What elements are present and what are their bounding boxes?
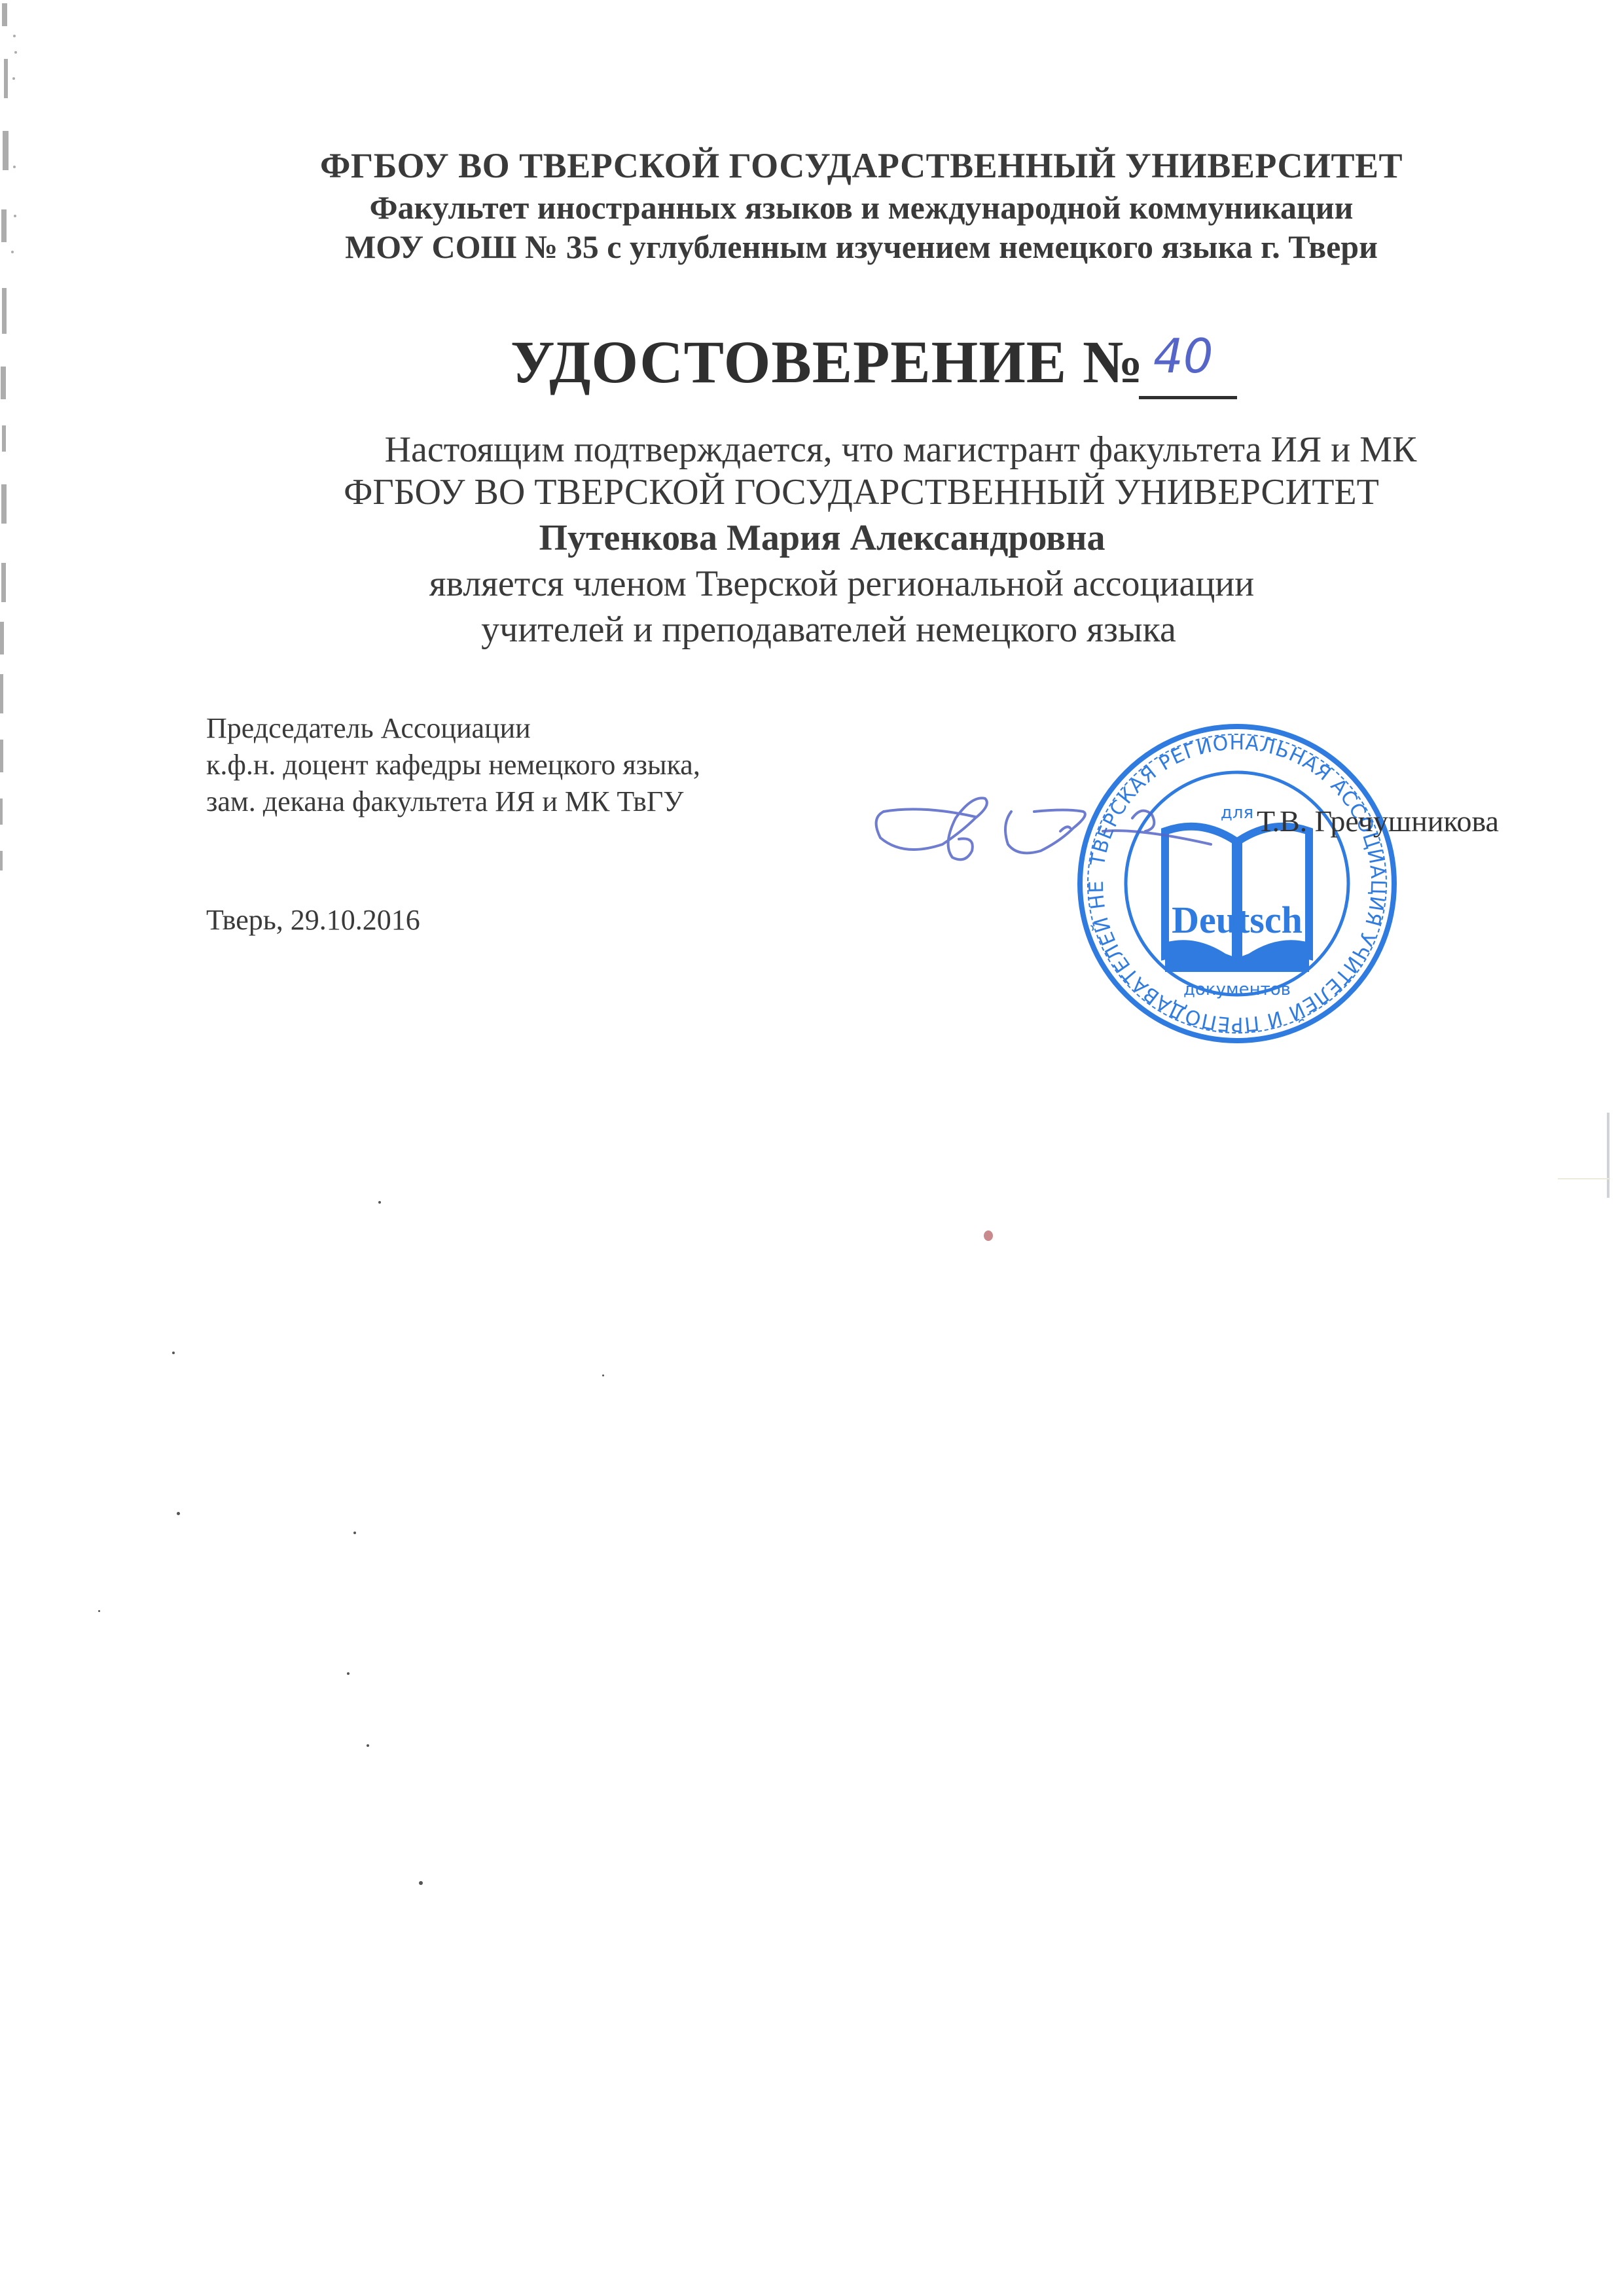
stamp-top-text: для: [1221, 803, 1253, 823]
number-underline: [1139, 396, 1237, 399]
signatory-role: Председатель Ассоциации: [206, 710, 700, 747]
scan-edge-artifact: [0, 0, 26, 1178]
member-name: Путенкова Мария Александровна: [13, 517, 1618, 559]
stamp-bottom-text: документов: [1183, 980, 1291, 999]
place-date: Тверь, 29.10.2016: [206, 903, 420, 937]
signatory-block: Председатель Ассоциации к.ф.н. доцент ка…: [206, 710, 700, 820]
scan-speck: [172, 1352, 175, 1354]
signatory-position-1: к.ф.н. доцент кафедры немецкого языка,: [206, 747, 700, 783]
page-edge-artifact: [1558, 1178, 1610, 1179]
certificate-title: УДОСТОВЕРЕНИЕ №: [511, 327, 1144, 397]
scan-speck: [984, 1230, 993, 1241]
university-name: ФГБОУ ВО ТВЕРСКОЙ ГОСУДАРСТВЕННЫЙ УНИВЕР…: [52, 145, 1618, 186]
body-line-confirmation: Настоящим подтверждается, что магистрант…: [92, 429, 1618, 471]
signer-name: Т.В. Гречушникова: [1257, 804, 1499, 838]
page-edge-artifact: [1607, 1113, 1609, 1198]
scan-speck: [419, 1881, 423, 1885]
certificate-number-field: 40: [1139, 340, 1244, 399]
scan-speck: [367, 1744, 369, 1747]
signatory-position-2: зам. декана факультета ИЯ и МК ТвГУ: [206, 783, 700, 820]
faculty-name: Факультет иностранных языков и междунаро…: [52, 188, 1618, 226]
scan-speck: [347, 1672, 350, 1675]
scan-speck: [177, 1512, 180, 1515]
body-line-membership: является членом Тверской региональной ас…: [33, 563, 1618, 605]
body-line-university: ФГБОУ ВО ТВЕРСКОЙ ГОСУДАРСТВЕННЫЙ УНИВЕР…: [52, 471, 1618, 513]
scan-speck: [98, 1610, 100, 1612]
scan-speck: [378, 1201, 381, 1204]
school-name: МОУ СОШ № 35 с углубленным изучением нем…: [52, 228, 1618, 266]
stamp-center-text: Deutsch: [1172, 899, 1303, 941]
handwritten-signature: [844, 759, 1224, 877]
scan-speck: [602, 1374, 604, 1376]
scan-speck: [353, 1532, 356, 1534]
certificate-number: 40: [1153, 329, 1213, 384]
body-line-association: учителей и преподавателей немецкого язык…: [20, 609, 1618, 651]
